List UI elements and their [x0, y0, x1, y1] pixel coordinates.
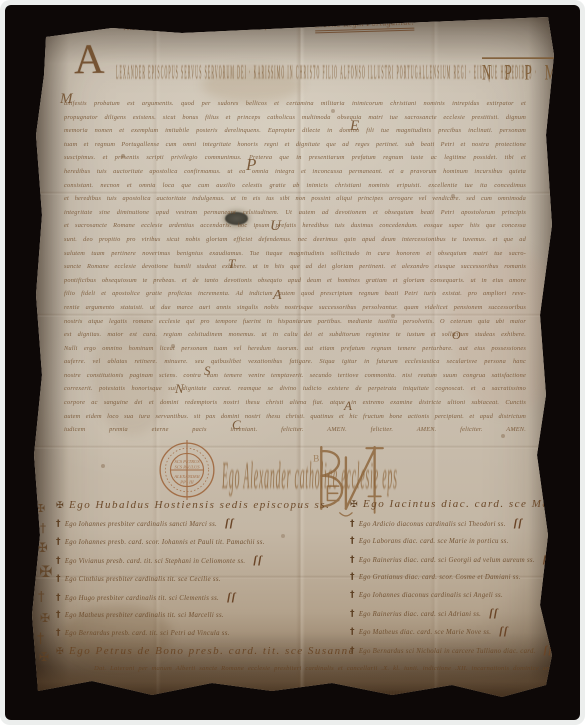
signature-row: †Ego Ardicio diaconus cardinalis sci The…: [350, 515, 580, 534]
body-text-line: iudicem premia eterne pacis inveniant. f…: [64, 423, 526, 437]
signature-text: Ego Iohannes diaconus cardinalis sci Ang…: [359, 592, 503, 599]
signature-text: Ego Vivianus presb. card. tit. sci Steph…: [65, 558, 246, 565]
signature-cross-icon: †: [350, 627, 355, 637]
signature-row: †Ego Rainerius diac. card. sci Georgii a…: [350, 551, 580, 570]
margin-cross-icon: †: [40, 522, 46, 534]
rota-text: PP · III: [179, 479, 194, 484]
subscripsi-flourish: ſſ: [489, 607, 498, 619]
body-text-line: propugnator diligens existens. sicut bon…: [64, 111, 526, 125]
margin-cross-icon: ✠: [39, 651, 49, 663]
signature-row: †Ego Bernardus sci Nicholai in carcere T…: [350, 642, 580, 661]
signature-row: †Ego Laborans diac. card. sce Marie in p…: [350, 533, 580, 551]
elongated-script-line: LEXANDER EPISCOPUS SERVUS SERVORUM DEI ·…: [116, 61, 484, 87]
signature-cross-icon: †: [350, 646, 355, 656]
subscripsi-flourish: ſſ: [253, 554, 262, 566]
subscripsi-flourish: ſſ: [543, 553, 552, 565]
body-text-line: et sacrosancte Romane ecclesie ardentius…: [64, 219, 526, 233]
signature-text: Ego Bernardus presb. card. tit. sci Petr…: [65, 630, 230, 637]
large-initial-capital: U: [270, 219, 281, 234]
signature-row: ✠Ego Petrus de Bono presb. card. tit. sc…: [56, 643, 356, 661]
large-initial-capital: T: [228, 257, 235, 270]
signature-cross-icon: †: [56, 574, 61, 584]
margin-cross-icon: ✠: [39, 564, 52, 580]
signature-row: †Ego Iohannes presbiter cardinalis sanct…: [56, 515, 356, 534]
body-text-line: sancte Romane ecclesie devotione humili …: [64, 260, 526, 274]
body-text-line: Nulli ergo omnino hominum liceat persona…: [64, 342, 526, 356]
body-text-line: rentie argumento statuisti. ut due marce…: [64, 301, 526, 315]
body-text-line: heredibus tuis auctoritate apostolica co…: [64, 165, 526, 179]
signature-cross-icon: †: [350, 590, 355, 600]
signature-cross-icon: ✠: [350, 500, 359, 510]
parchment-charter: Alexander .3. anno 20. 1179. In exemplar…: [32, 15, 560, 709]
body-text-line: suscipimus. et presentis scripti privile…: [64, 151, 526, 165]
signature-cross-icon: †: [350, 536, 355, 546]
signature-cross-icon: ✠: [56, 647, 65, 657]
signature-cross-icon: †: [350, 519, 355, 529]
signature-cross-icon: †: [56, 593, 61, 603]
cardinal-signatures-left-column: ✠Ego Hubaldus Hostiensis sedis episcopus…: [56, 497, 356, 661]
signature-cross-icon: †: [56, 519, 61, 529]
signature-cross-icon: †: [56, 556, 61, 566]
photo-black-background: Alexander .3. anno 20. 1179. In exemplar…: [5, 5, 580, 720]
signature-row: †Ego Gratianus diac. card. scor. Cosme e…: [350, 569, 580, 587]
margin-cross-icon: †: [38, 591, 45, 604]
subscripsi-flourish: ſſ: [227, 591, 236, 603]
signature-row: †Ego Vivianus presb. card. tit. sci Step…: [56, 552, 356, 571]
large-initial-capital: A: [344, 399, 352, 412]
signature-row: †Ego Bernardus presb. card. tit. sci Pet…: [56, 625, 356, 643]
manuscript-photo-card: Alexander .3. anno 20. 1179. In exemplar…: [0, 0, 585, 725]
signature-cross-icon: †: [56, 610, 61, 620]
signature-cross-icon: †: [56, 537, 61, 547]
margin-cross-icon: ✠: [36, 503, 45, 514]
signature-text: Ego Matheus diac. card. sce Marie Nove s…: [359, 629, 491, 636]
signature-row: †Ego Matheus diac. card. sce Marie Nove …: [350, 623, 580, 642]
signature-row: †Ego Rainerius diac. card. sci Adriani s…: [350, 605, 580, 624]
in-perpetuum-abbreviation: N P P M: [482, 59, 561, 86]
plica-fold-band: [32, 667, 560, 709]
dateline: Dat. Laterani per manum Alberti sancte R…: [94, 665, 556, 672]
signature-row: ✠Ego Hubaldus Hostiensis sedis episcopus…: [56, 497, 356, 515]
archival-date-note: Alexander .3. anno 20. 1179. In exemplar…: [124, 21, 283, 32]
signature-text: Ego Matheus presbiter cardinalis tit. sc…: [65, 612, 224, 619]
signature-cross-icon: ✠: [56, 501, 65, 511]
charter-body-text: anifestis probatum est argumentis. quod …: [64, 97, 526, 437]
signature-row: †Ego Cinthius presbiter cardinalis tit. …: [56, 571, 356, 589]
body-text-line: tuam et regnum Portugallense cum omni in…: [64, 138, 526, 152]
signature-text: Ego Hubaldus Hostiensis sedis episcopus …: [69, 499, 330, 511]
signature-text: Ego Rainerius diac. card. sci Georgii ad…: [359, 557, 535, 564]
signature-text: Ego Iohannes presb. card. scor. Iohannis…: [65, 539, 265, 546]
faint-archival-note: [347, 698, 467, 703]
body-text-line: auferre. vel ablatas retinere. minuere. …: [64, 355, 526, 369]
large-initial-capital: C: [232, 418, 241, 431]
body-text-line: correxerit. potestatis honorisque sui di…: [64, 382, 526, 396]
signature-cross-icon: †: [350, 555, 355, 565]
subscripsi-flourish: ſſ: [499, 625, 508, 637]
body-text-line: sunt. deo propitio pro viribus sicut nob…: [64, 233, 526, 247]
monogram-letter: B: [313, 454, 319, 464]
cardinal-signatures-right-column: ✠Ego Iacintus diac. card. sce Marie in C…: [350, 496, 580, 660]
margin-cross-icon: ✠: [37, 542, 48, 555]
body-text-line: memoria nomen et exemplum imitabile post…: [64, 124, 526, 138]
body-text-line: et heredibus tuis apostolica auctoritate…: [64, 192, 526, 206]
signature-row: †Ego Iohannes presb. card. scor. Iohanni…: [56, 534, 356, 552]
subscripsi-flourish: ſſ: [514, 517, 523, 529]
rota-text: SCS PETRUS: [174, 459, 200, 464]
body-text-line: anifestis probatum est argumentis. quod …: [64, 97, 526, 111]
body-text-line: pontificibus obsequiosum te prebeas. et …: [64, 274, 526, 288]
signature-cross-icon: †: [350, 572, 355, 582]
signature-text: Ego Rainerius diac. card. sci Adriani ss…: [359, 611, 481, 618]
signature-row: †Ego Hugo presbiter cardinalis tit. sci …: [56, 589, 356, 608]
body-text-line: consistant. necnon et omnia loca que cum…: [64, 179, 526, 193]
subscripsi-flourish: ſſ: [544, 644, 553, 656]
signature-row: †Ego Matheus presbiter cardinalis tit. s…: [56, 607, 356, 625]
signature-text: Ego Gratianus diac. card. scor. Cosme et…: [359, 574, 521, 581]
large-initial-capital: N: [175, 382, 184, 395]
large-initial-capital: S: [204, 364, 211, 377]
body-text-line: salutem tuam pertinere noverimus benigni…: [64, 247, 526, 261]
decorated-initial: A: [74, 39, 105, 82]
margin-cross-icon: †: [37, 632, 44, 646]
signature-text: Ego Cinthius presbiter cardinalis tit. s…: [65, 576, 221, 583]
signature-row: ✠Ego Iacintus diac. card. sce Marie in C…: [350, 496, 580, 515]
body-text-line: autem eidem loco sua iura servantibus. s…: [64, 410, 526, 424]
signature-cross-icon: †: [56, 628, 61, 638]
body-text-line: corpore ac sanguine dei et domini redemp…: [64, 396, 526, 410]
faint-archival-note: [332, 691, 482, 696]
signature-text: Ego Ardicio diaconus cardinalis sci Theo…: [359, 521, 506, 528]
signature-row: †Ego Iohannes diaconus cardinalis sci An…: [350, 587, 580, 605]
ink-specks: [32, 15, 34, 17]
body-text-line: nostre constitutionis paginam sciens. co…: [64, 369, 526, 383]
rota-text: SCS PAULUS: [175, 464, 201, 469]
large-initial-capital: O: [452, 329, 461, 341]
rota-text: ALEXANDER: [173, 474, 200, 479]
signature-text: Ego Laborans diac. card. sce Marie in po…: [359, 538, 509, 545]
body-text-line: nostris atque legatis romane ecclesie qu…: [64, 315, 526, 329]
body-text-line: integritate sine diminutione apud vestra…: [64, 206, 526, 220]
archival-title-note: Erectio Regni Portugalliae.: [315, 18, 414, 30]
large-initial-capital: E: [350, 119, 359, 134]
large-initial-capital: P: [246, 156, 256, 173]
signature-text: Ego Petrus de Bono presb. card. tit. sce…: [69, 645, 355, 657]
signature-text: Ego Hugo presbiter cardinalis tit. sci C…: [65, 595, 219, 602]
signature-text: Ego Iacintus diac. card. sce Marie in Co…: [363, 498, 580, 510]
signature-text: Ego Iohannes presbiter cardinalis sancti…: [65, 521, 217, 528]
large-initial-capital: A: [273, 289, 282, 303]
signature-text: Ego Bernardus sci Nicholai in carcere Tu…: [359, 648, 536, 655]
large-initial-capital: M: [60, 92, 73, 107]
horizontal-crease: [32, 445, 560, 449]
signature-cross-icon: †: [350, 609, 355, 619]
margin-cross-icon: ✠: [40, 612, 50, 624]
subscripsi-flourish: ſſ: [225, 517, 234, 529]
faint-archival-note: [182, 691, 237, 696]
body-text-line: filio fideli et apostolice gratie profic…: [64, 287, 526, 301]
papal-rota-wheel: SCS PETRUS SCS PAULUS ALEXANDER PP · III: [156, 439, 218, 501]
